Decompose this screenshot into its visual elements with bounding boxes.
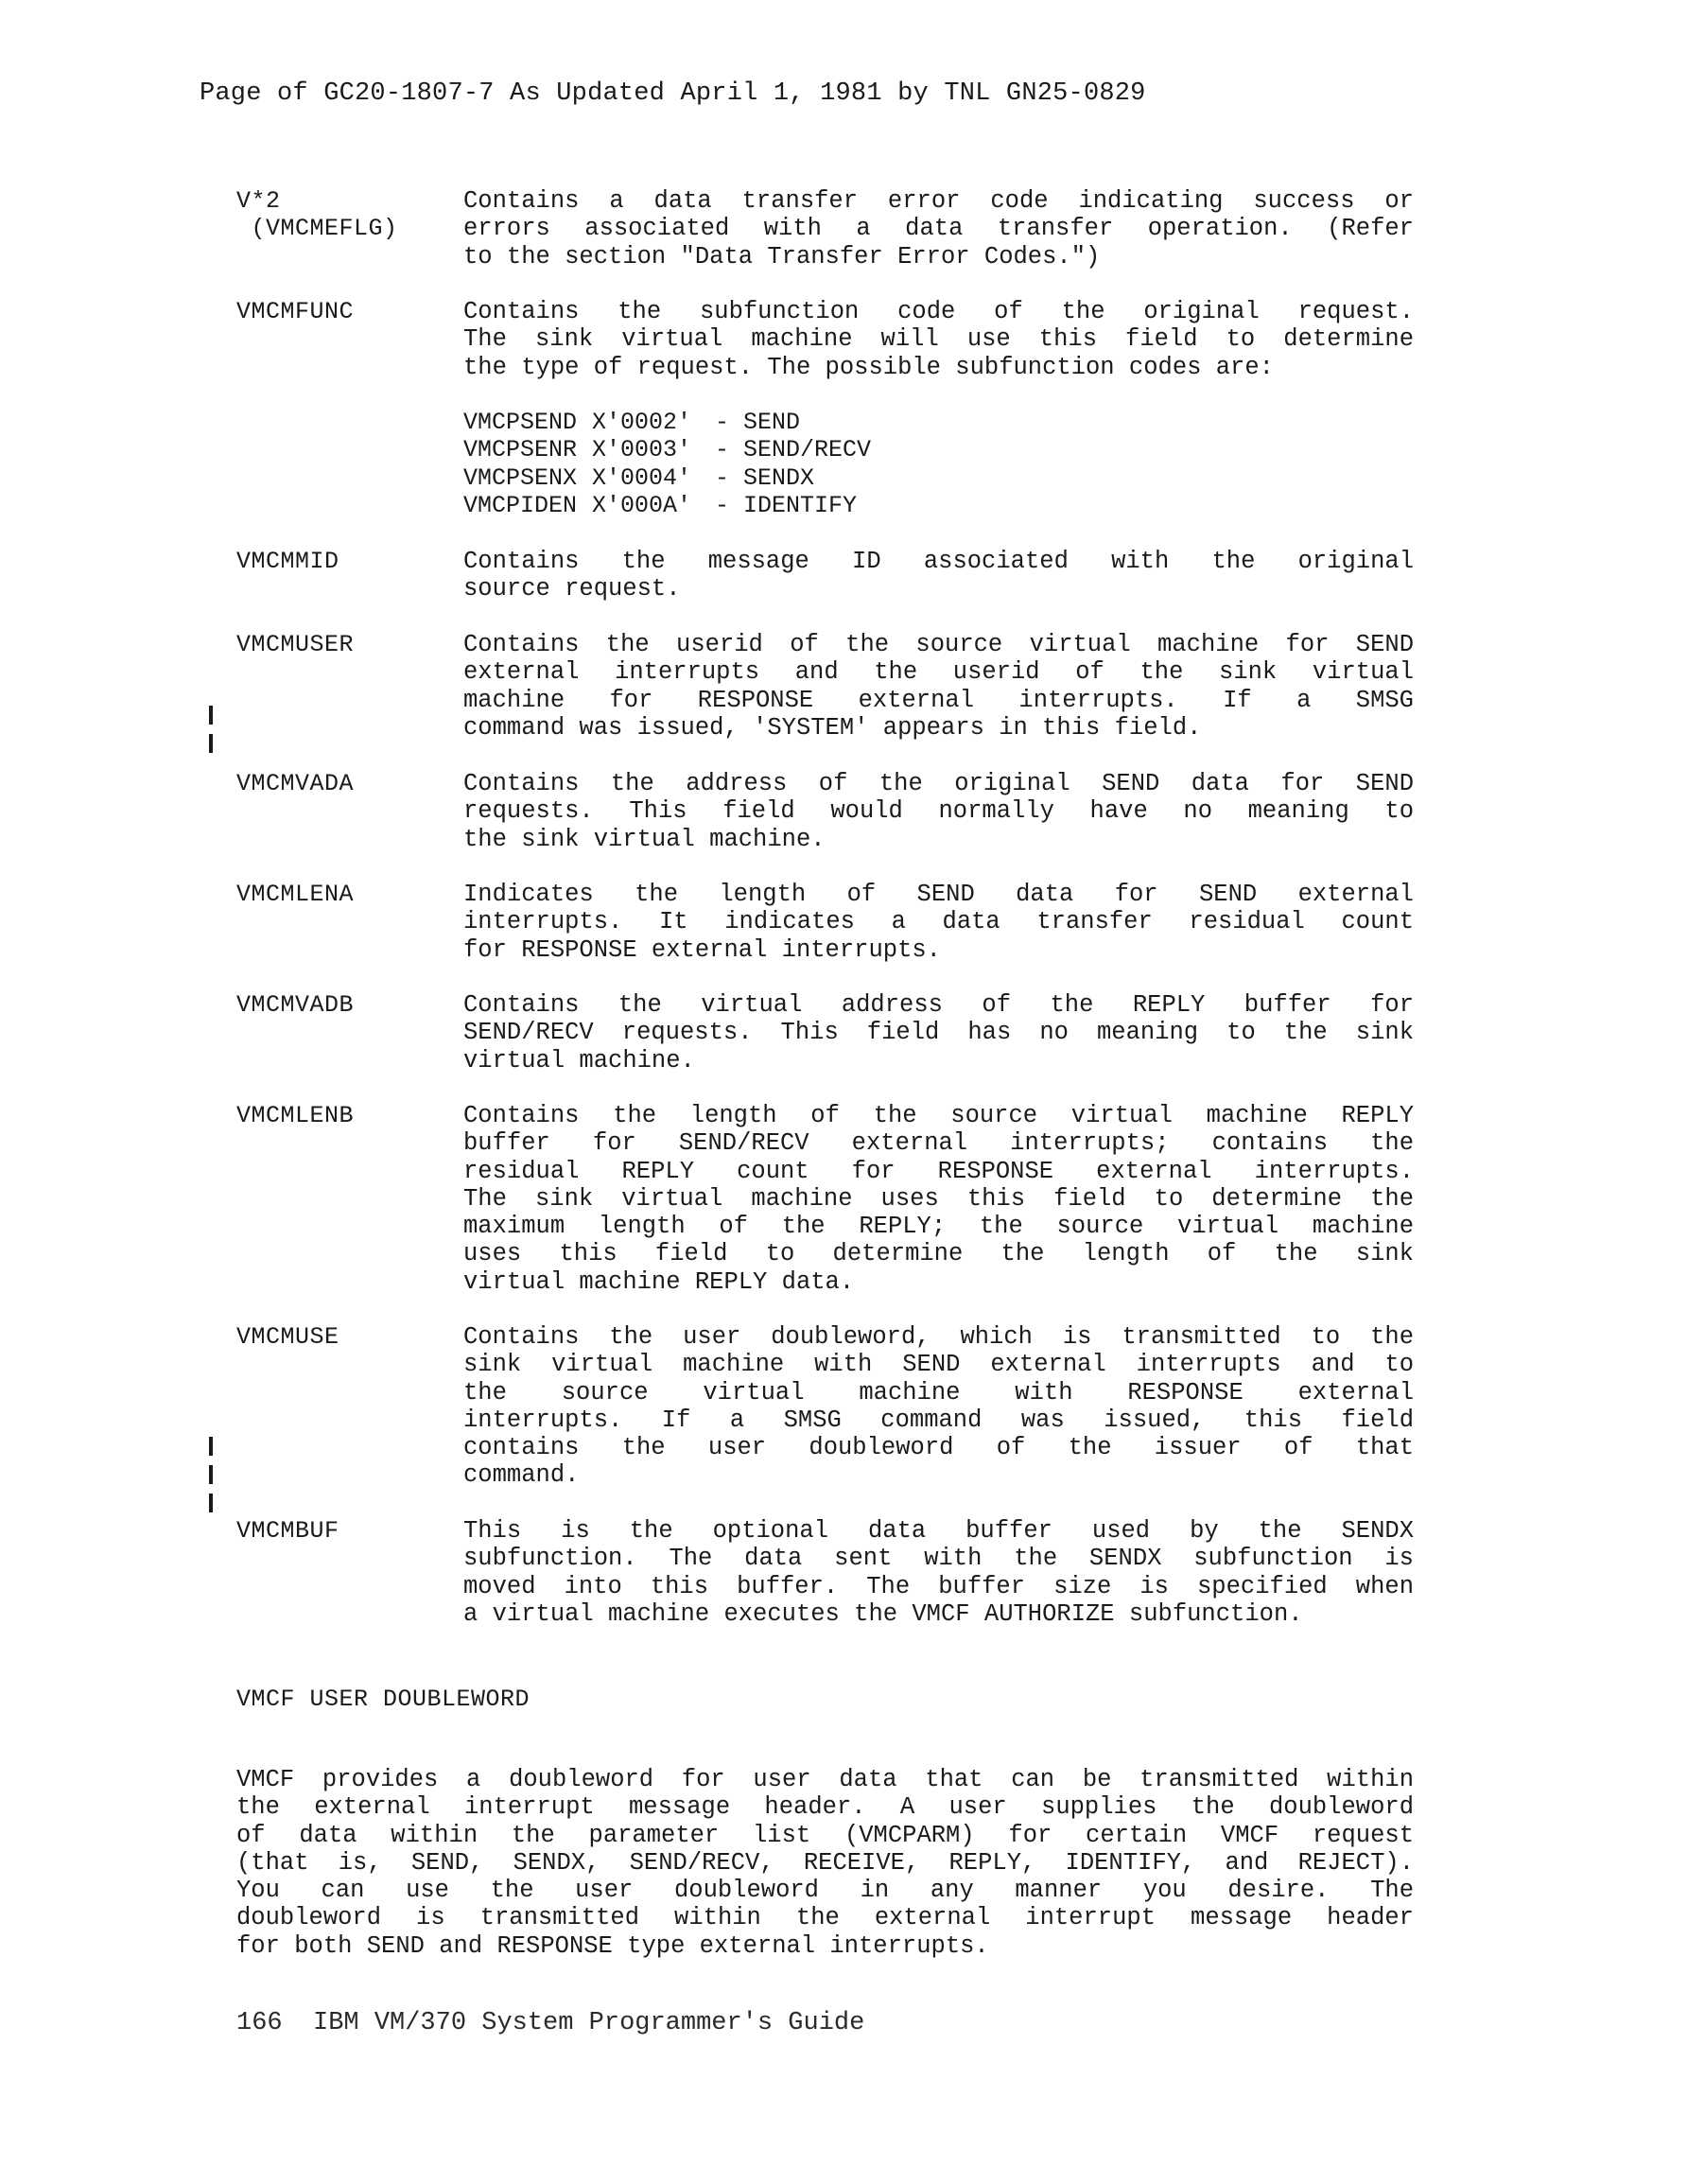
- desc-line: buffer for SEND/RECV external interrupts…: [463, 1129, 1414, 1157]
- code-desc: - SEND/RECV: [715, 436, 871, 463]
- desc-line: Contains the message ID associated with …: [463, 548, 1414, 575]
- desc-line: command.: [463, 1461, 1414, 1489]
- section-paragraph: VMCF provides a doubleword for user data…: [236, 1766, 1414, 1960]
- desc-line: interrupts. It indicates a data transfer…: [463, 908, 1414, 935]
- code-value: X'000A': [592, 492, 715, 519]
- desc-line: the type of request. The possible subfun…: [463, 354, 1414, 381]
- field-description: This is the optional data buffer used by…: [463, 1517, 1414, 1628]
- desc-line: the source virtual machine with RESPONSE…: [463, 1379, 1414, 1406]
- field-term: VMCMUSE: [236, 1323, 339, 1351]
- desc-line: virtual machine.: [463, 1047, 1414, 1075]
- desc-line: The sink virtual machine will use this f…: [463, 325, 1414, 353]
- desc-line: machine for RESPONSE external interrupts…: [463, 687, 1414, 714]
- field-term: VMCMMID: [236, 548, 339, 575]
- field-description: Contains the subfunction code of the ori…: [463, 298, 1414, 381]
- desc-line: virtual machine REPLY data.: [463, 1268, 1414, 1296]
- desc-line: Contains the userid of the source virtua…: [463, 631, 1414, 658]
- code-desc: - SEND: [715, 409, 800, 436]
- code-name: VMCPSENR: [463, 436, 562, 463]
- code-value: X'0002': [592, 409, 715, 436]
- field-term: VMCMVADB: [236, 991, 354, 1019]
- desc-line: for RESPONSE external interrupts.: [463, 936, 1414, 964]
- desc-line: moved into this buffer. The buffer size …: [463, 1573, 1414, 1600]
- desc-line: Contains the user doubleword, which is t…: [463, 1323, 1414, 1351]
- desc-line: Contains the address of the original SEN…: [463, 770, 1414, 797]
- para-line: (that is, SEND, SENDX, SEND/RECV, RECEIV…: [236, 1849, 1414, 1877]
- para-line: doubleword is transmitted within the ext…: [236, 1904, 1414, 1931]
- desc-line: Contains the length of the source virtua…: [463, 1102, 1414, 1129]
- field-term-alias: (VMCMEFLG): [252, 215, 398, 242]
- desc-line: The sink virtual machine uses this field…: [463, 1185, 1414, 1213]
- revision-change-bar: [209, 1437, 213, 1456]
- subfunction-code-row: VMCPIDEN X'000A' - IDENTIFY: [463, 492, 871, 519]
- desc-line: requests. This field would normally have…: [463, 797, 1414, 825]
- desc-line: sink virtual machine with SEND external …: [463, 1351, 1414, 1378]
- page-footer: 166 IBM VM/370 System Programmer's Guide: [236, 2009, 864, 2037]
- desc-line: Contains the virtual address of the REPL…: [463, 991, 1414, 1019]
- subfunction-code-list: VMCPSEND X'0002' - SEND VMCPSENR X'0003'…: [463, 409, 871, 519]
- para-line: of data within the parameter list (VMCPA…: [236, 1822, 1414, 1849]
- desc-line: interrupts. If a SMSG command was issued…: [463, 1406, 1414, 1434]
- desc-line: Contains a data transfer error code indi…: [463, 187, 1414, 215]
- field-term: VMCMUSER: [236, 631, 354, 658]
- subfunction-code-row: VMCPSEND X'0002' - SEND: [463, 409, 871, 436]
- desc-line: a virtual machine executes the VMCF AUTH…: [463, 1600, 1414, 1628]
- field-description: Contains the virtual address of the REPL…: [463, 991, 1414, 1075]
- desc-line: external interrupts and the userid of th…: [463, 658, 1414, 686]
- field-description: Contains the message ID associated with …: [463, 548, 1414, 603]
- para-line: the external interrupt message header. A…: [236, 1793, 1414, 1821]
- field-description: Contains the address of the original SEN…: [463, 770, 1414, 853]
- desc-line: to the section "Data Transfer Error Code…: [463, 243, 1414, 271]
- field-term: VMCMFUNC: [236, 298, 354, 325]
- field-term: VMCMBUF: [236, 1517, 339, 1545]
- field-description: Contains the userid of the source virtua…: [463, 631, 1414, 742]
- page-header: Page of GC20-1807-7 As Updated April 1, …: [200, 79, 1146, 108]
- desc-line: errors associated with a data transfer o…: [463, 215, 1414, 242]
- field-term: VMCMLENA: [236, 881, 354, 908]
- code-name: VMCPSEND: [463, 409, 562, 436]
- revision-change-bar: [209, 706, 213, 725]
- revision-change-bar: [209, 734, 213, 753]
- desc-line: subfunction. The data sent with the SEND…: [463, 1545, 1414, 1572]
- field-description: Contains a data transfer error code indi…: [463, 187, 1414, 271]
- desc-line: command was issued, 'SYSTEM' appears in …: [463, 714, 1414, 742]
- field-term: VMCMVADA: [236, 770, 354, 797]
- revision-change-bar: [209, 1465, 213, 1484]
- desc-line: uses this field to determine the length …: [463, 1240, 1414, 1267]
- field-description: Contains the user doubleword, which is t…: [463, 1323, 1414, 1490]
- para-line: VMCF provides a doubleword for user data…: [236, 1766, 1414, 1793]
- desc-line: residual REPLY count for RESPONSE extern…: [463, 1158, 1414, 1185]
- field-description: Contains the length of the source virtua…: [463, 1102, 1414, 1296]
- desc-line: This is the optional data buffer used by…: [463, 1517, 1414, 1545]
- field-description: Indicates the length of SEND data for SE…: [463, 881, 1414, 964]
- code-desc: - SENDX: [715, 464, 814, 492]
- code-value: X'0003': [592, 436, 715, 463]
- revision-change-bar: [209, 1494, 213, 1512]
- code-desc: - IDENTIFY: [715, 492, 857, 519]
- para-line: for both SEND and RESPONSE type external…: [236, 1932, 1414, 1960]
- desc-line: source request.: [463, 575, 1414, 603]
- desc-line: SEND/RECV requests. This field has no me…: [463, 1019, 1414, 1046]
- field-term: V*2 (VMCMEFLG): [236, 187, 398, 243]
- field-term: VMCMLENB: [236, 1102, 354, 1129]
- para-line: You can use the user doubleword in any m…: [236, 1877, 1414, 1904]
- desc-line: Contains the subfunction code of the ori…: [463, 298, 1414, 325]
- code-name: VMCPSENX: [463, 464, 562, 492]
- section-heading: VMCF USER DOUBLEWORD: [236, 1686, 530, 1713]
- desc-line: Indicates the length of SEND data for SE…: [463, 881, 1414, 908]
- desc-line: the sink virtual machine.: [463, 826, 1414, 853]
- subfunction-code-row: VMCPSENR X'0003' - SEND/RECV: [463, 436, 871, 463]
- code-name: VMCPIDEN: [463, 492, 562, 519]
- desc-line: maximum length of the REPLY; the source …: [463, 1213, 1414, 1240]
- desc-line: contains the user doubleword of the issu…: [463, 1434, 1414, 1461]
- code-value: X'0004': [592, 464, 715, 492]
- subfunction-code-row: VMCPSENX X'0004' - SENDX: [463, 464, 871, 492]
- field-term-name: V*2: [236, 187, 281, 215]
